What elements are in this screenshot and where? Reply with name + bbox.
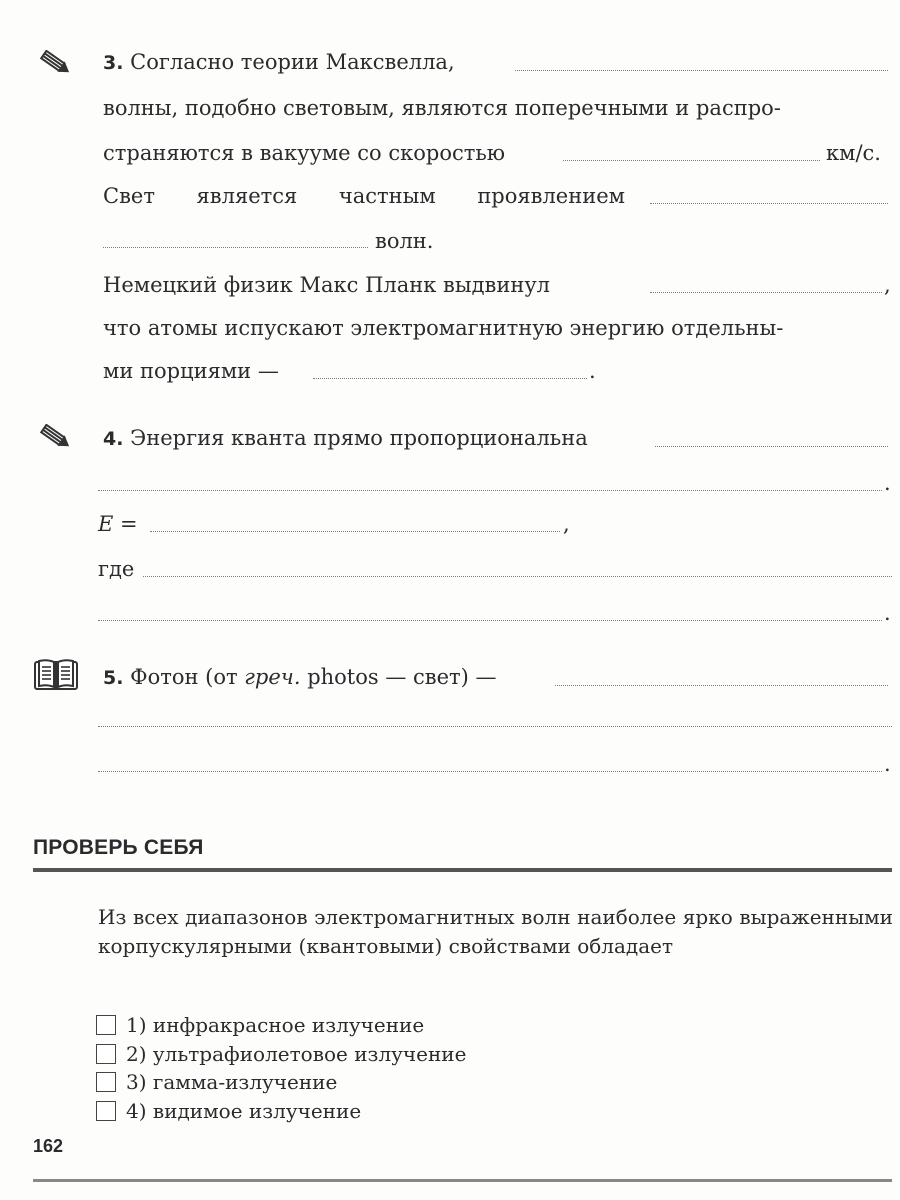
- section-title: ПРОВЕРЬ СЕБЯ: [33, 836, 204, 860]
- task3-blank-speed[interactable]: [563, 160, 820, 161]
- option-checkbox[interactable]: [96, 1015, 116, 1035]
- task3-blank-3[interactable]: [103, 247, 368, 248]
- task4-formula-blank[interactable]: [150, 531, 560, 532]
- task3-blank-5[interactable]: [313, 378, 587, 379]
- task3-blank-2[interactable]: [650, 203, 888, 204]
- option-1[interactable]: 1) инфракрасное излучение: [96, 1012, 424, 1038]
- pencil-icon: [38, 424, 72, 450]
- task4-number: 4.: [103, 428, 123, 450]
- task3-number: 3.: [103, 52, 123, 74]
- task3-line7: что атомы испускают электромагнитную эне…: [103, 313, 900, 343]
- open-book-icon: [33, 658, 79, 692]
- page-number: 162: [33, 1136, 63, 1157]
- task5-number: 5.: [103, 667, 123, 689]
- task5-line3-end: .: [884, 749, 900, 779]
- task3-line5: волн.: [375, 226, 900, 256]
- task3-line6-comma: ,: [884, 270, 900, 300]
- task3-line6: Немецкий физик Макс Планк выдвинул: [103, 270, 900, 300]
- task3-unit: км/с.: [826, 138, 900, 168]
- task5-blank-1[interactable]: [555, 685, 888, 686]
- task4-line2-end: .: [884, 468, 900, 498]
- task4-where-label: где: [98, 554, 900, 584]
- task4-line5-end: .: [884, 598, 900, 628]
- task3-line8-end: .: [589, 356, 900, 386]
- task3-line1: 3. Согласно теории Максвелла,: [103, 47, 900, 78]
- option-checkbox[interactable]: [96, 1101, 116, 1121]
- task4-formula-end: ,: [563, 509, 900, 539]
- task3-line2: волны, подобно световым, являются попере…: [103, 93, 888, 123]
- task3-blank-1[interactable]: [515, 70, 888, 71]
- section-divider: [33, 868, 892, 872]
- task4-line1: 4. Энергия кванта прямо пропорциональна: [103, 423, 900, 454]
- task4-blank-2[interactable]: [98, 490, 882, 491]
- pencil-icon: [38, 50, 72, 76]
- task4-blank-1[interactable]: [655, 446, 888, 447]
- task4-blank-3[interactable]: [98, 620, 882, 621]
- task4-where-blank[interactable]: [143, 576, 892, 577]
- option-checkbox[interactable]: [96, 1044, 116, 1064]
- option-3[interactable]: 3) гамма-излучение: [96, 1069, 337, 1095]
- option-4[interactable]: 4) видимое излучение: [96, 1098, 361, 1124]
- task3-line3: страняются в вакууме со скоростью: [103, 138, 900, 168]
- option-checkbox[interactable]: [96, 1072, 116, 1092]
- task5-line1: 5. Фотон (от греч. photos — свет) —: [103, 662, 900, 693]
- task3-line4: Свет является частным проявлением: [103, 181, 625, 211]
- check-question: Из всех диапазонов электромагнитных волн…: [98, 903, 893, 961]
- task5-blank-2[interactable]: [98, 726, 892, 727]
- option-2[interactable]: 2) ультрафиолетовое излучение: [96, 1041, 466, 1067]
- task5-blank-3[interactable]: [98, 771, 882, 772]
- footer-divider: [33, 1179, 892, 1182]
- task3-blank-4[interactable]: [650, 292, 882, 293]
